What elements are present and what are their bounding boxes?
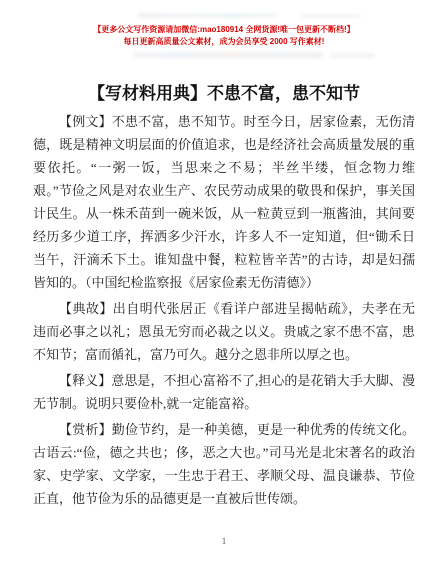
- promo-header: 【更多公文写作资源请加微信:mao180914 全网货源!唯一包更新不断档!】 …: [0, 24, 448, 48]
- document-body: 【例文】不患不富，患不知节。时至今日，居家俭素，无伤清德，既是精神文明层面的价值…: [33, 110, 415, 513]
- promo-header-line2: 每日更新高质量公文素材，成为会员享受 2000 写作素材!: [0, 36, 448, 48]
- page-number: 1: [0, 536, 448, 546]
- paragraph-shangxi: 【赏析】勤俭节约，是一种美德，更是一种优秀的传统文化。古语云:“俭，德之共也；侈…: [33, 418, 415, 510]
- watermark-smudge-bottom-right: [330, 53, 375, 58]
- watermark-smudge-top: [138, 13, 278, 18]
- watermark-smudge-bottom: [133, 52, 323, 58]
- document-page: 【更多公文写作资源请加微信:mao180914 全网货源!唯一包更新不断档!】 …: [0, 0, 448, 580]
- paragraph-liwen: 【例文】不患不富，患不知节。时至今日，居家俭素，无伤清德，既是精神文明层面的价值…: [33, 110, 415, 294]
- watermark-smudge-top-right: [300, 14, 360, 18]
- paragraph-shiyi: 【释义】意思是，不担心富裕不了,担心的是花销大手大脚、漫无节制。说明只要俭朴,就…: [33, 369, 415, 415]
- promo-header-line1: 【更多公文写作资源请加微信:mao180914 全网货源!唯一包更新不断档!】: [0, 24, 448, 36]
- page-title: 【写材料用典】不患不富，患不知节: [0, 82, 448, 106]
- paragraph-diangu: 【典故】出自明代张居正《看详户部进呈揭帖疏》，夫孝在无违而必事之以礼；恩虽无穷而…: [33, 297, 415, 366]
